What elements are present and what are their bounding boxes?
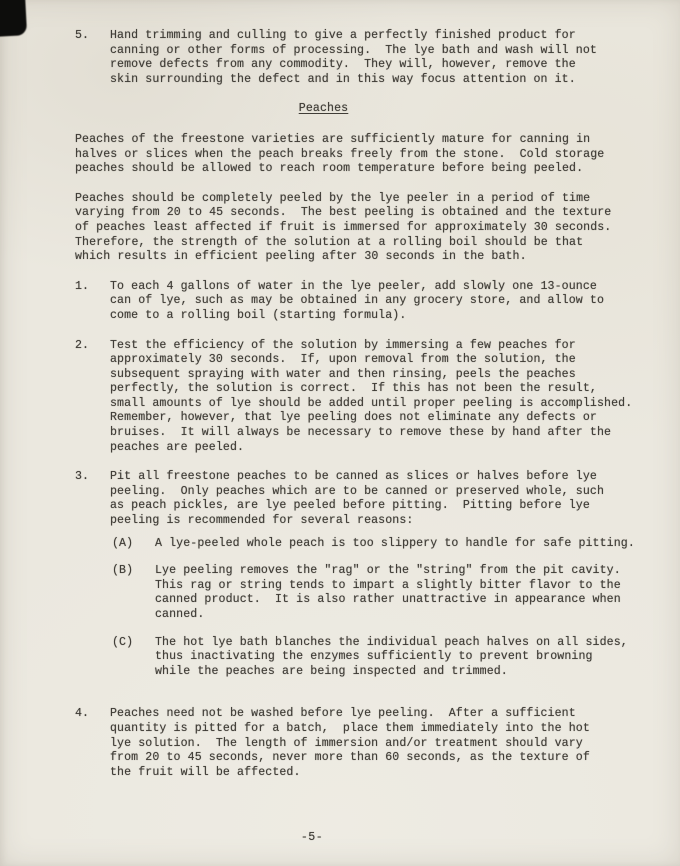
list-item-2: 2. Test the efficiency of the solution b… [75,339,668,456]
list-item-marker: 3. [75,470,110,485]
sub-item-b: (B) Lye peeling removes the "rag" or the… [112,564,668,622]
sub-item-text: Lye peeling removes the "rag" or the "st… [155,564,668,622]
list-item-marker: 4. [75,707,110,722]
sub-item-marker: (A) [112,537,155,552]
list-item-text: To each 4 gallons of water in the lye pe… [110,280,668,324]
list-item-text: Pit all freestone peaches to be canned a… [110,470,668,528]
page-number: -5- [0,831,652,844]
list-item-1: 1. To each 4 gallons of water in the lye… [75,280,668,324]
list-item-text: Test the efficiency of the solution by i… [110,339,668,456]
sub-item-text: A lye-peeled whole peach is too slippery… [155,537,668,552]
document-content: 5. Hand trimming and culling to give a p… [0,0,680,795]
sub-item-a: (A) A lye-peeled whole peach is too slip… [112,537,668,552]
list-item-3: 3. Pit all freestone peaches to be canne… [75,470,668,692]
sub-item-text: The hot lye bath blanches the individual… [155,636,668,680]
section-heading: Peaches [299,102,348,117]
list-item-text: Peaches need not be washed before lye pe… [110,707,668,780]
list-item-4: 4. Peaches need not be washed before lye… [75,707,668,780]
list-item-text: Hand trimming and culling to give a perf… [110,29,668,87]
sub-item-c: (C) The hot lye bath blanches the indivi… [112,636,668,680]
list-item-marker: 5. [75,29,110,44]
scanned-document-page: 5. Hand trimming and culling to give a p… [0,0,680,866]
list-item-5: 5. Hand trimming and culling to give a p… [75,29,668,87]
list-item-marker: 2. [75,339,110,354]
sub-item-marker: (B) [112,564,155,579]
paragraph: Peaches should be completely peeled by t… [75,192,668,265]
list-item-marker: 1. [75,280,110,295]
sub-item-list: (A) A lye-peeled whole peach is too slip… [112,537,668,680]
paragraph: Peaches of the freestone varieties are s… [75,133,668,177]
sub-item-marker: (C) [112,636,155,651]
